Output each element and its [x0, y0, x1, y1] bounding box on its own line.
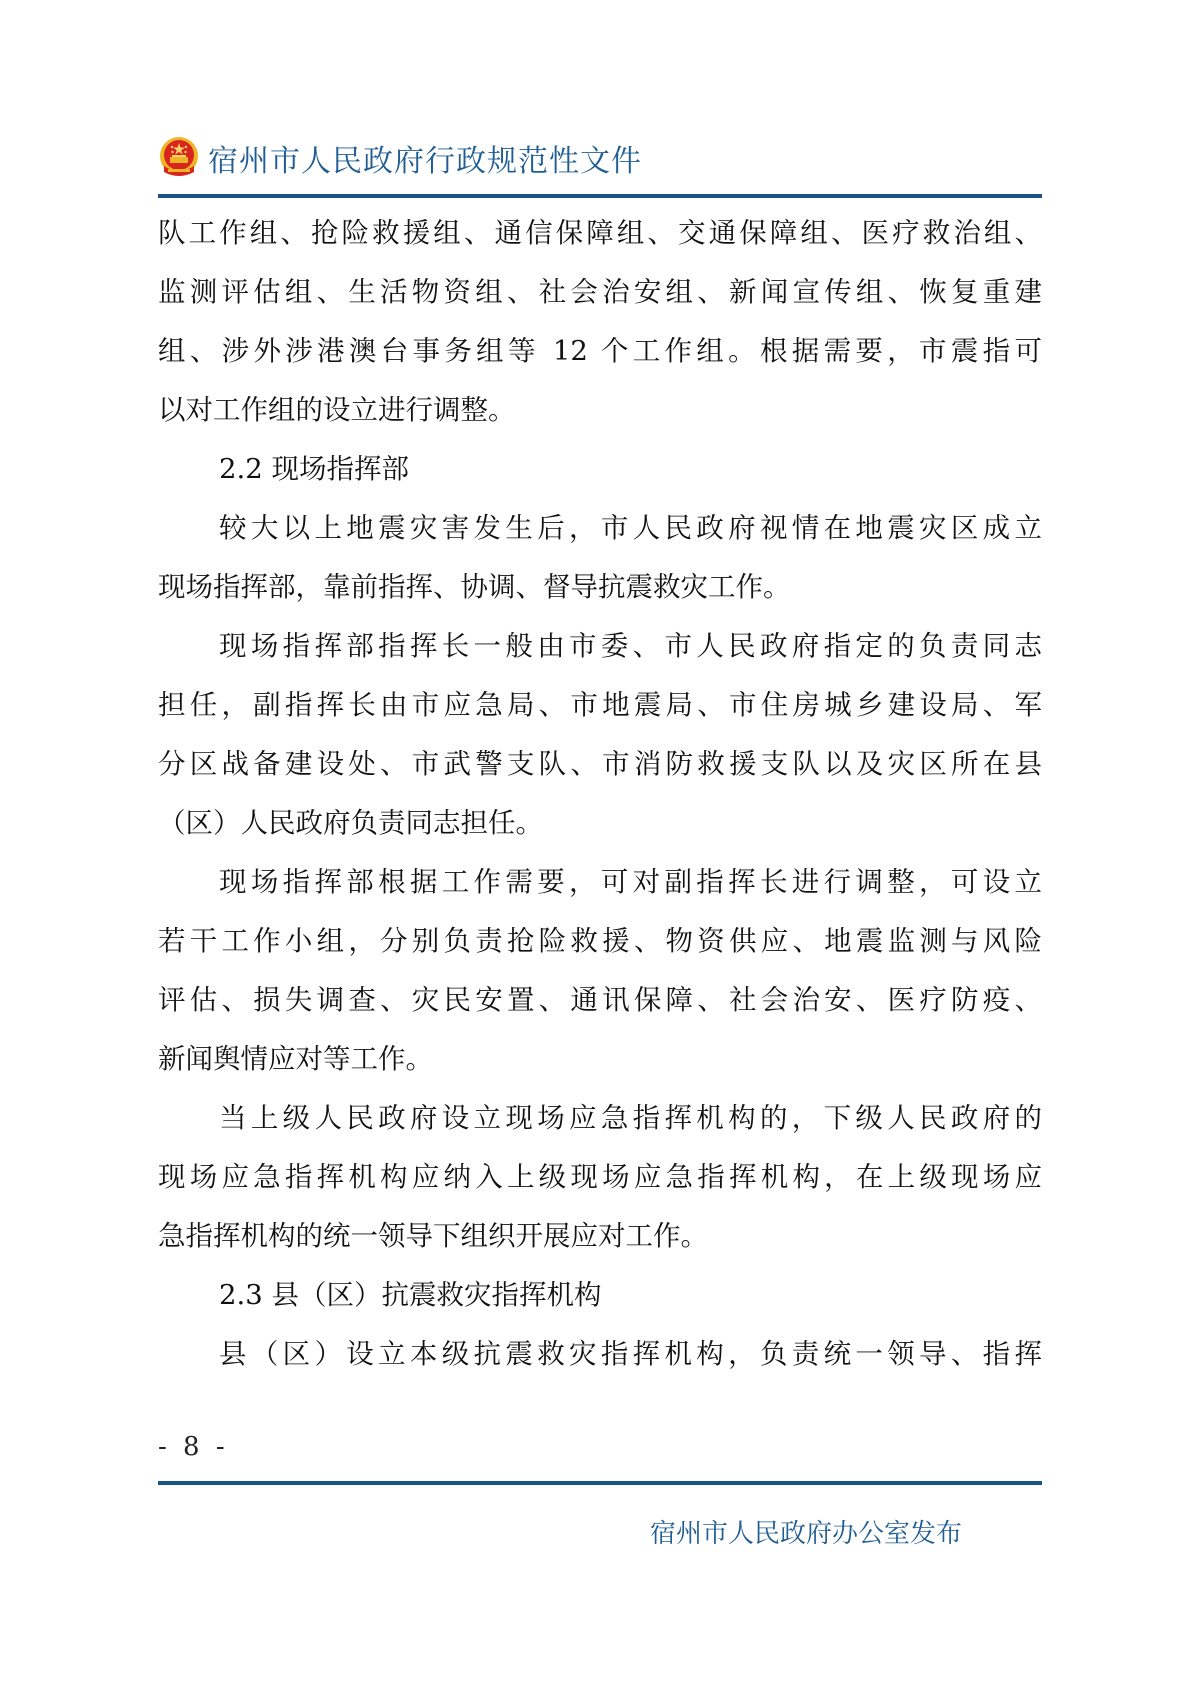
document-body: 队工作组、抢险救援组、通信保障组、交通保障组、医疗救治组、 监测评估组、生活物资… — [158, 204, 1042, 1384]
body-line: 县（区）设立本级抗震救灾指挥机构，负责统一领导、指挥 — [158, 1325, 1042, 1384]
publisher-label: 宿州市人民政府办公室发布 — [650, 1513, 962, 1550]
body-line: 现场指挥部，靠前指挥、协调、督导抗震救灾工作。 — [158, 558, 1042, 617]
header-divider — [158, 194, 1042, 198]
body-line: 现场应急指挥机构应纳入上级现场应急指挥机构，在上级现场应 — [158, 1148, 1042, 1207]
body-line: 当上级人民政府设立现场应急指挥机构的，下级人民政府的 — [158, 1089, 1042, 1148]
body-line: 分区战备建设处、市武警支队、市消防救援支队以及灾区所在县 — [158, 735, 1042, 794]
section-heading-2-3: 2.3 县（区）抗震救灾指挥机构 — [158, 1266, 1042, 1325]
body-line: 以对工作组的设立进行调整。 — [158, 381, 1042, 440]
body-line: （区）人民政府负责同志担任。 — [158, 794, 1042, 853]
footer-divider — [158, 1481, 1042, 1485]
body-line: 担任，副指挥长由市应急局、市地震局、市住房城乡建设局、军 — [158, 676, 1042, 735]
body-line: 新闻舆情应对等工作。 — [158, 1030, 1042, 1089]
body-line: 评估、损失调查、灾民安置、通讯保障、社会治安、医疗防疫、 — [158, 971, 1042, 1030]
body-line: 队工作组、抢险救援组、通信保障组、交通保障组、医疗救治组、 — [158, 204, 1042, 263]
body-line: 急指挥机构的统一领导下组织开展应对工作。 — [158, 1207, 1042, 1266]
section-heading-2-2: 2.2 现场指挥部 — [158, 440, 1042, 499]
body-line: 现场指挥部指挥长一般由市委、市人民政府指定的负责同志 — [158, 617, 1042, 676]
document-series-title: 宿州市人民政府行政规范性文件 — [208, 136, 642, 180]
national-emblem-icon — [158, 136, 200, 180]
body-line: 现场指挥部根据工作需要，可对副指挥长进行调整，可设立 — [158, 853, 1042, 912]
page-number: - 8 - — [158, 1432, 229, 1462]
body-line: 较大以上地震灾害发生后，市人民政府视情在地震灾区成立 — [158, 499, 1042, 558]
body-line: 监测评估组、生活物资组、社会治安组、新闻宣传组、恢复重建 — [158, 263, 1042, 322]
body-line: 组、涉外涉港澳台事务组等 12 个工作组。根据需要，市震指可 — [158, 322, 1042, 381]
body-line: 若干工作小组，分别负责抢险救援、物资供应、地震监测与风险 — [158, 912, 1042, 971]
document-header: 宿州市人民政府行政规范性文件 — [158, 128, 642, 188]
